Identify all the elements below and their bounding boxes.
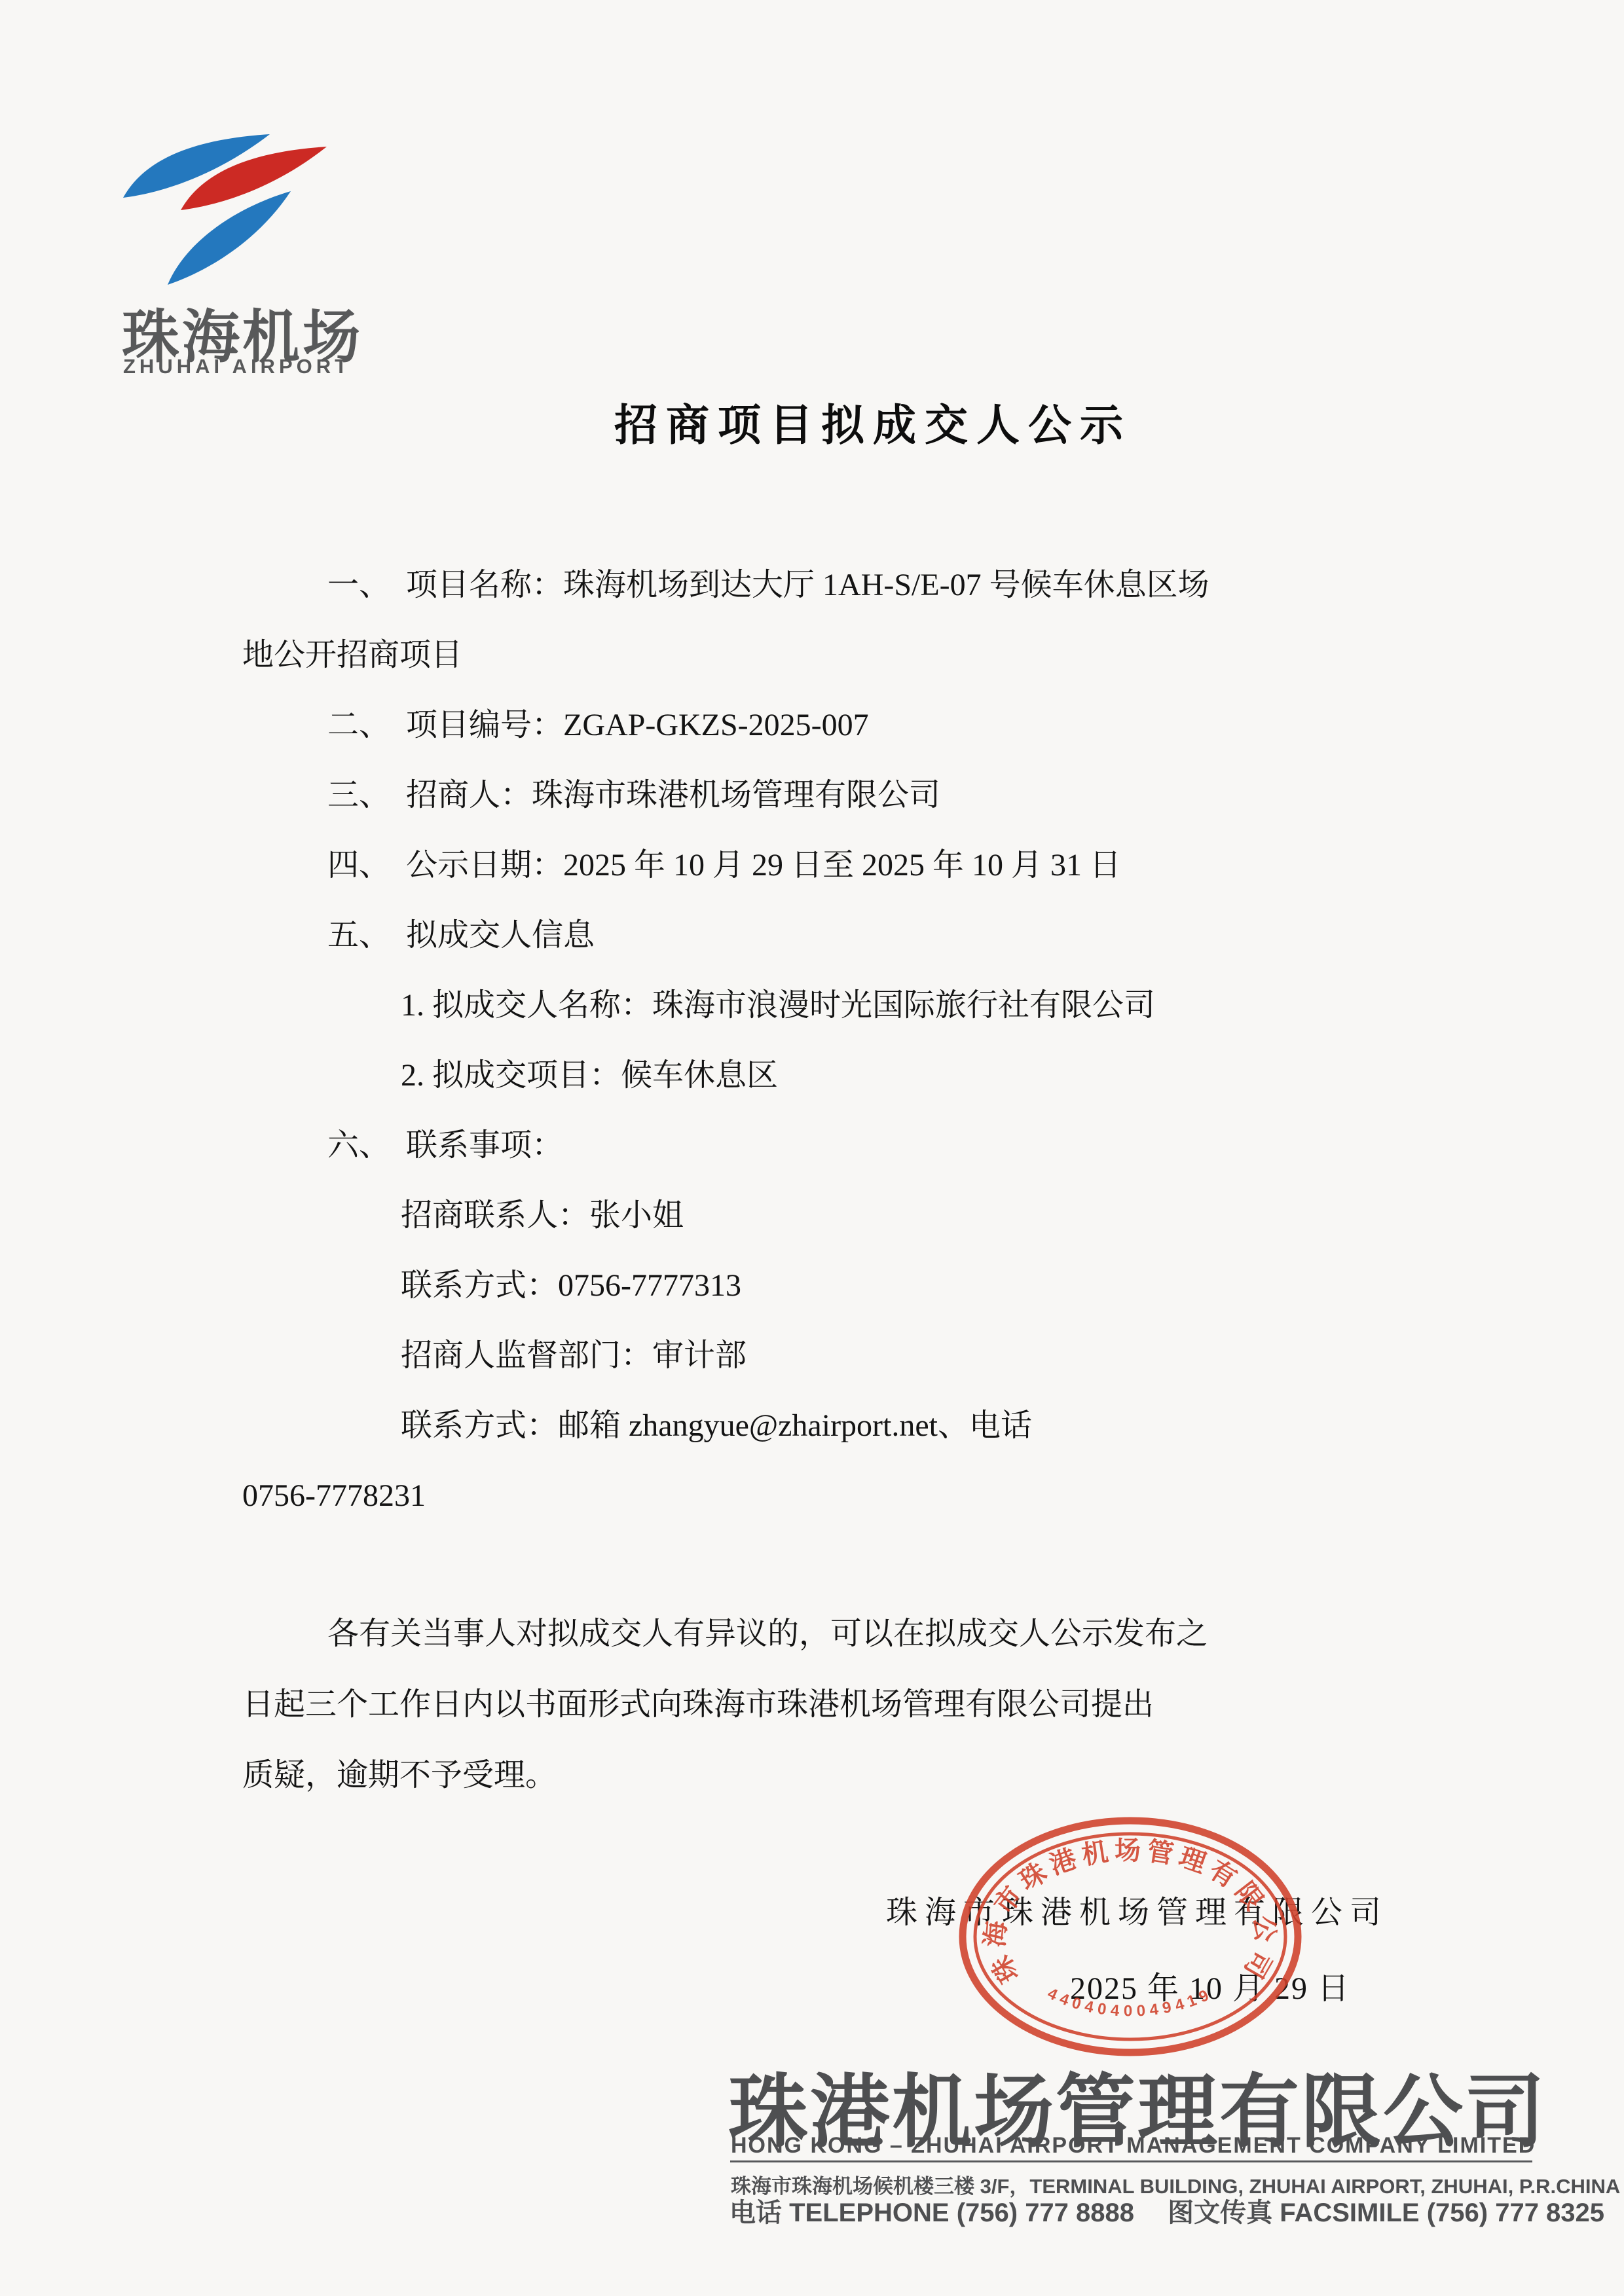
company-seal-stamp: 珠海市珠港机场管理有限公司 4404040049419 [956,1815,1304,2058]
seal-serial-number: 4404040049419 [1044,1984,1215,2020]
body-line: 2. 拟成交项目：候车休息区 [242,1040,1395,1110]
body-line: 六、 联系事项： [242,1110,1395,1180]
logo-english-text: ZHUHAI AIRPORT [123,355,351,378]
body-line: 1. 拟成交人名称：珠海市浪漫时光国际旅行社有限公司 [242,970,1395,1040]
closing-paragraph: 各有关当事人对拟成交人有异议的，可以在拟成交人公示发布之 日起三个工作日内以书面… [242,1599,1395,1811]
seal-ring-text: 珠海市珠港机场管理有限公司 [980,1836,1281,1988]
zhuhai-airport-logo: 珠海机场 ZHUHAI AIRPORT [111,124,373,386]
page-title: 招商项目拟成交人公示 [614,390,1132,452]
body-line: 联系方式：0756-7777313 [242,1250,1395,1321]
document-page: 珠海机场 ZHUHAI AIRPORT 招商项目拟成交人公示 一、 项目名称：珠… [0,0,1624,2296]
body-line: 联系方式：邮箱 zhangyue@zhairport.net、电话 [242,1391,1395,1461]
closing-line: 各有关当事人对拟成交人有异议的，可以在拟成交人公示发布之 [242,1599,1395,1669]
body-line: 招商联系人：张小姐 [242,1180,1395,1250]
document-body: 一、 项目名称：珠海机场到达大厅 1AH-S/E-07 号候车休息区场 地公开招… [242,550,1395,1531]
body-line: 0756-7778231 [242,1461,1395,1531]
footer-phone-fax: 电话 TELEPHONE (756) 777 8888 图文传真 FACSIMI… [729,2192,1604,2229]
body-line: 二、 项目编号：ZGAP-GKZS-2025-007 [242,690,1395,760]
body-line: 三、 招商人：珠海市珠港机场管理有限公司 [242,760,1395,830]
closing-line: 质疑，逾期不予受理。 [242,1740,1395,1811]
seal-icon: 珠海市珠港机场管理有限公司 4404040049419 [956,1815,1304,2058]
body-line: 招商人监督部门：审计部 [242,1321,1395,1391]
closing-line: 日起三个工作日内以书面形式向珠海市珠港机场管理有限公司提出 [242,1669,1395,1740]
body-line: 一、 项目名称：珠海机场到达大厅 1AH-S/E-07 号候车休息区场 [242,550,1395,620]
airport-swoosh-icon [111,124,373,288]
body-line: 五、 拟成交人信息 [242,900,1395,970]
body-line: 四、 公示日期：2025 年 10 月 29 日至 2025 年 10 月 31… [242,830,1395,900]
footer-divider [730,2160,1532,2162]
footer-company-english: HONG KONG – ZHUHAI AIRPORT MANAGEMENT CO… [731,2133,1536,2159]
body-line: 地公开招商项目 [242,620,1395,690]
